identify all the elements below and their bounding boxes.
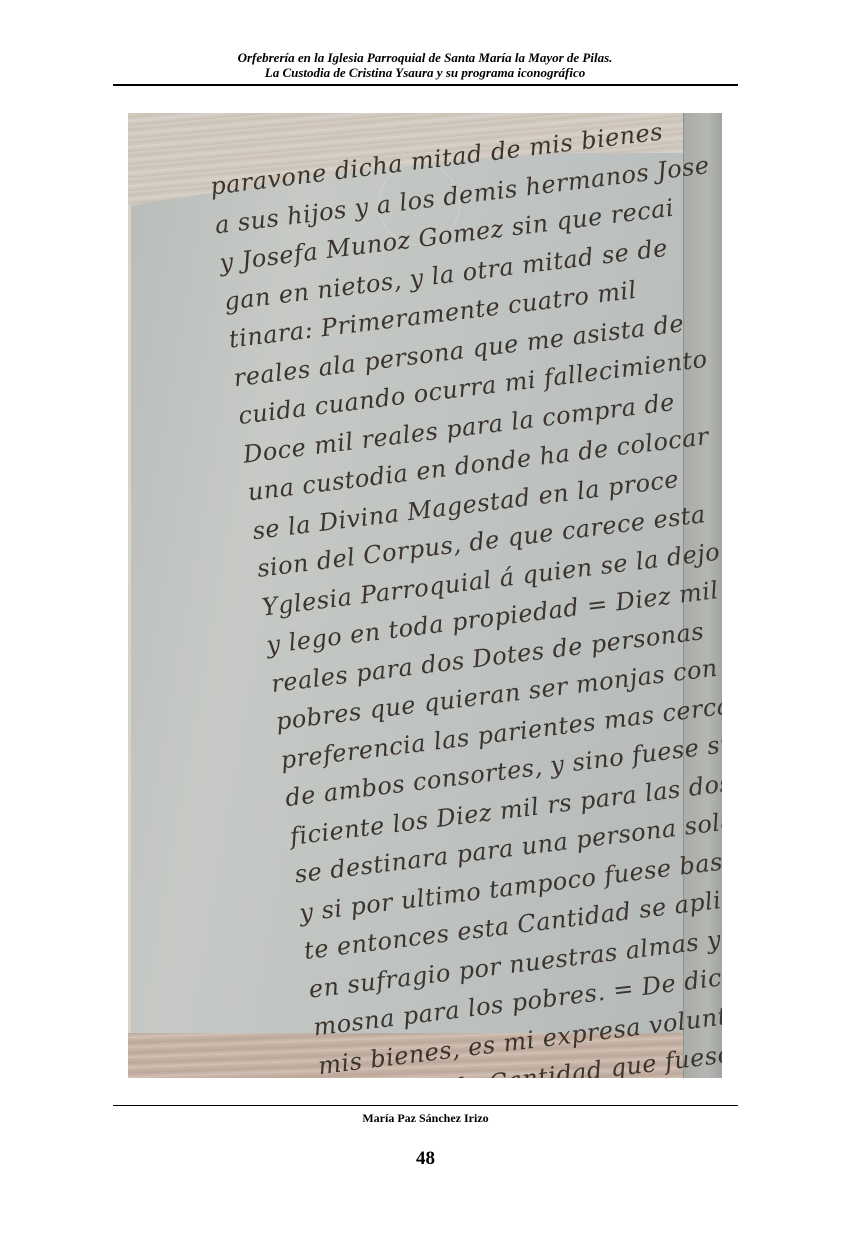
header-line-2: La Custodia de Cristina Ysaura y su prog… — [113, 65, 737, 80]
page-number: 48 — [113, 1148, 738, 1170]
running-header: Orfebrería en la Iglesia Parroquial de S… — [113, 50, 737, 80]
header-rule — [113, 84, 738, 86]
footer-rule — [113, 1105, 738, 1106]
header-line-1: Orfebrería en la Iglesia Parroquial de S… — [113, 50, 737, 65]
footer-author: María Paz Sánchez Irizo — [113, 1111, 738, 1126]
manuscript-photo: paravone dicha mitad de mis bienes a sus… — [128, 113, 722, 1078]
